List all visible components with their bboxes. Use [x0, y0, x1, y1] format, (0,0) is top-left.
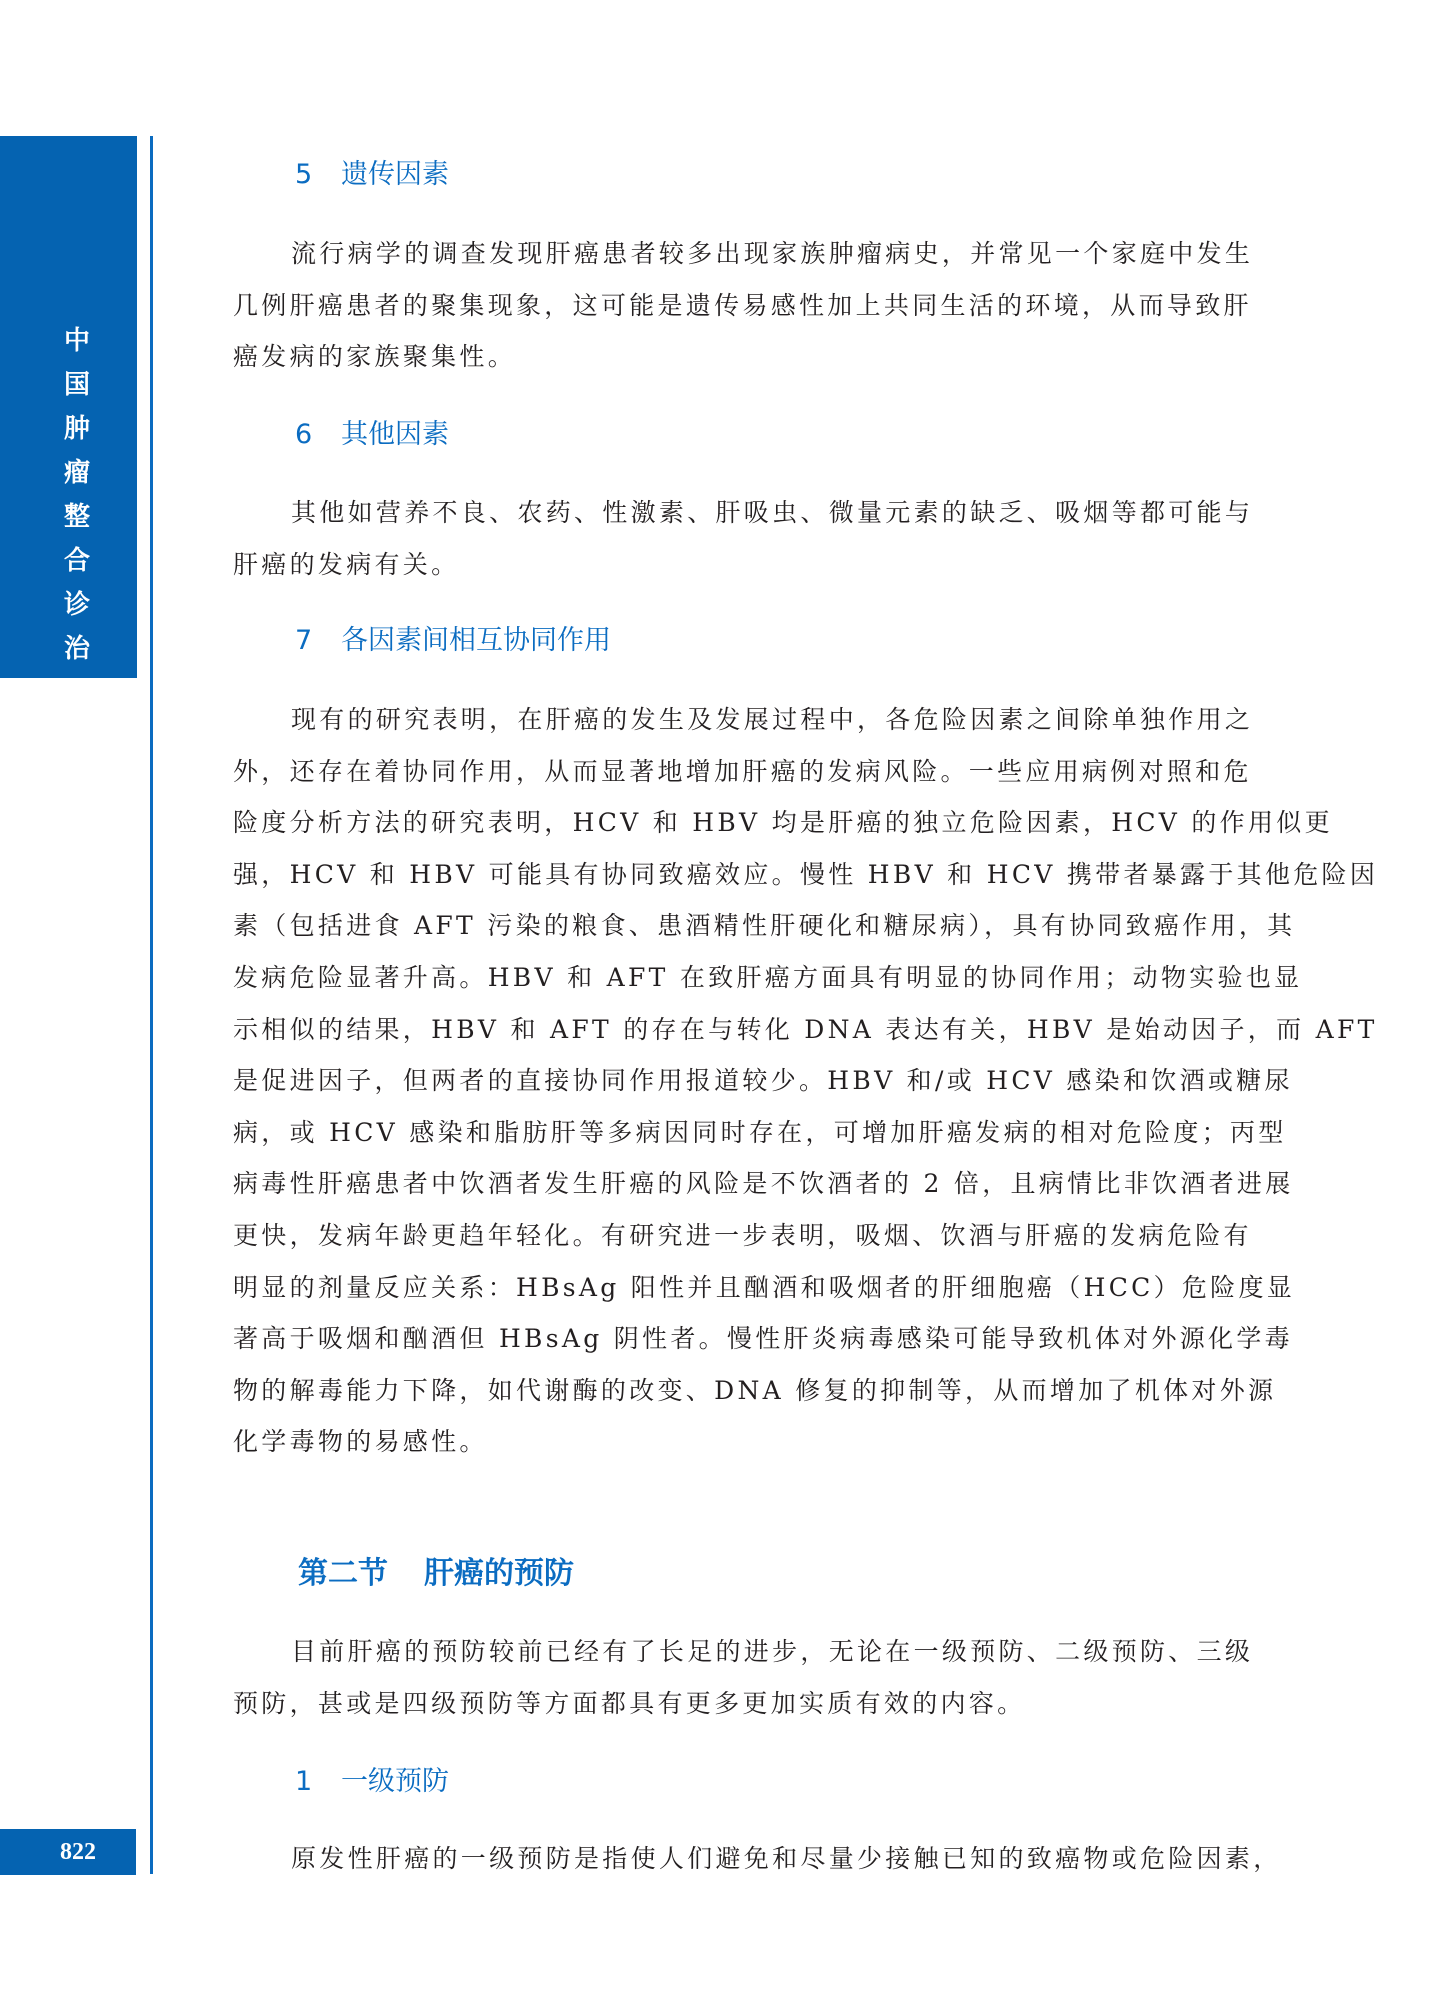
section-title: 其他因素: [341, 419, 449, 450]
text-line: 素（包括进食 AFT 污染的粮食、患酒精性肝硬化和糖尿病），具有协同致癌作用，其: [233, 900, 1233, 952]
text-line: 外，还存在着协同作用，从而显著地增加肝癌的发病风险。一些应用病例对照和危: [233, 746, 1233, 798]
text-line: 险度分析方法的研究表明，HCV 和 HBV 均是肝癌的独立危险因素，HCV 的作…: [233, 797, 1233, 849]
page-number-box: 822: [0, 1829, 136, 1875]
book-title-char: 整: [62, 502, 92, 546]
text-line: 现有的研究表明，在肝癌的发生及发展过程中，各危险因素之间除单独作用之: [233, 694, 1233, 746]
book-title-char: 合: [62, 546, 92, 590]
paragraph-primary-prevention: 原发性肝癌的一级预防是指使人们避免和尽量少接触已知的致癌物或危险因素，: [233, 1833, 1233, 1885]
paragraph-other-factors: 其他如营养不良、农药、性激素、肝吸虫、微量元素的缺乏、吸烟等都可能与 肝癌的发病…: [233, 487, 1233, 590]
book-title-char: 中: [62, 326, 92, 370]
text-line: 病毒性肝癌患者中饮酒者发生肝癌的风险是不饮酒者的 2 倍，且病情比非饮酒者进展: [233, 1158, 1233, 1210]
section-number: 7: [295, 624, 341, 658]
section-number: 6: [295, 418, 341, 452]
section-title: 各因素间相互协同作用: [341, 625, 611, 656]
page-number: 822: [60, 1829, 96, 1875]
book-title-char: 诊: [62, 590, 92, 634]
paragraph-prevention-intro: 目前肝癌的预防较前已经有了长足的进步，无论在一级预防、二级预防、三级 预防，甚或…: [233, 1626, 1233, 1729]
book-title-char: 南: [62, 722, 92, 766]
paragraph-synergy: 现有的研究表明，在肝癌的发生及发展过程中，各危险因素之间除单独作用之 外，还存在…: [233, 694, 1233, 1468]
text-line: 病，或 HCV 感染和脂肪肝等多病因同时存在，可增加肝癌发病的相对危险度；丙型: [233, 1107, 1233, 1159]
section-number: 1: [295, 1765, 341, 1799]
section-heading-5: 5遗传因素: [295, 158, 449, 192]
book-title-char: 指: [62, 678, 92, 722]
book-title-char: 肿: [62, 414, 92, 458]
section-title: 一级预防: [341, 1766, 449, 1797]
section-heading-1: 1一级预防: [295, 1765, 449, 1799]
chapter-label: 第二节: [298, 1556, 388, 1591]
section-number: 5: [295, 158, 341, 192]
text-line: 其他如营养不良、农药、性激素、肝吸虫、微量元素的缺乏、吸烟等都可能与: [233, 487, 1233, 539]
text-line: 几例肝癌患者的聚集现象，这可能是遗传易感性加上共同生活的环境，从而导致肝: [233, 280, 1233, 332]
text-line: 著高于吸烟和酗酒但 HBsAg 阴性者。慢性肝炎病毒感染可能导致机体对外源化学毒: [233, 1313, 1233, 1365]
text-line: 化学毒物的易感性。: [233, 1416, 1233, 1468]
text-line: 癌发病的家族聚集性。: [233, 331, 1233, 383]
text-line: 是促进因子，但两者的直接协同作用报道较少。HBV 和/或 HCV 感染和饮酒或糖…: [233, 1055, 1233, 1107]
section-heading-7: 7各因素间相互协同作用: [295, 624, 611, 658]
text-line: 示相似的结果，HBV 和 AFT 的存在与转化 DNA 表达有关，HBV 是始动…: [233, 1004, 1233, 1056]
book-title-char: 国: [62, 370, 92, 414]
section-heading-6: 6其他因素: [295, 418, 449, 452]
text-line: 目前肝癌的预防较前已经有了长足的进步，无论在一级预防、二级预防、三级: [233, 1626, 1233, 1678]
chapter-heading: 第二节肝癌的预防: [298, 1554, 574, 1594]
paragraph-genetic-factors: 流行病学的调查发现肝癌患者较多出现家族肿瘤病史，并常见一个家庭中发生 几例肝癌患…: [233, 228, 1233, 383]
text-line: 肝癌的发病有关。: [233, 539, 1233, 591]
text-line: 强，HCV 和 HBV 可能具有协同致癌效应。慢性 HBV 和 HCV 携带者暴…: [233, 849, 1233, 901]
text-line: 明显的剂量反应关系：HBsAg 阳性并且酗酒和吸烟者的肝细胞癌（HCC）危险度显: [233, 1262, 1233, 1314]
text-line: 发病危险显著升高。HBV 和 AFT 在致肝癌方面具有明显的协同作用；动物实验也…: [233, 952, 1233, 1004]
book-title-char: 治: [62, 634, 92, 678]
text-line: 流行病学的调查发现肝癌患者较多出现家族肿瘤病史，并常见一个家庭中发生: [233, 228, 1233, 280]
text-line: 预防，甚或是四级预防等方面都具有更多更加实质有效的内容。: [233, 1678, 1233, 1730]
chapter-title: 肝癌的预防: [424, 1556, 574, 1591]
text-line: 更快，发病年龄更趋年轻化。有研究进一步表明，吸烟、饮酒与肝癌的发病危险有: [233, 1210, 1233, 1262]
book-title-vertical: 中 国 肿 瘤 整 合 诊 治 指 南: [62, 326, 92, 766]
text-line: 原发性肝癌的一级预防是指使人们避免和尽量少接触已知的致癌物或危险因素，: [233, 1833, 1233, 1885]
margin-rule: [150, 136, 153, 1874]
section-title: 遗传因素: [341, 159, 449, 190]
book-title-char: 瘤: [62, 458, 92, 502]
book-title-band: 中 国 肿 瘤 整 合 诊 治 指 南: [0, 136, 137, 678]
text-line: 物的解毒能力下降，如代谢酶的改变、DNA 修复的抑制等，从而增加了机体对外源: [233, 1365, 1233, 1417]
